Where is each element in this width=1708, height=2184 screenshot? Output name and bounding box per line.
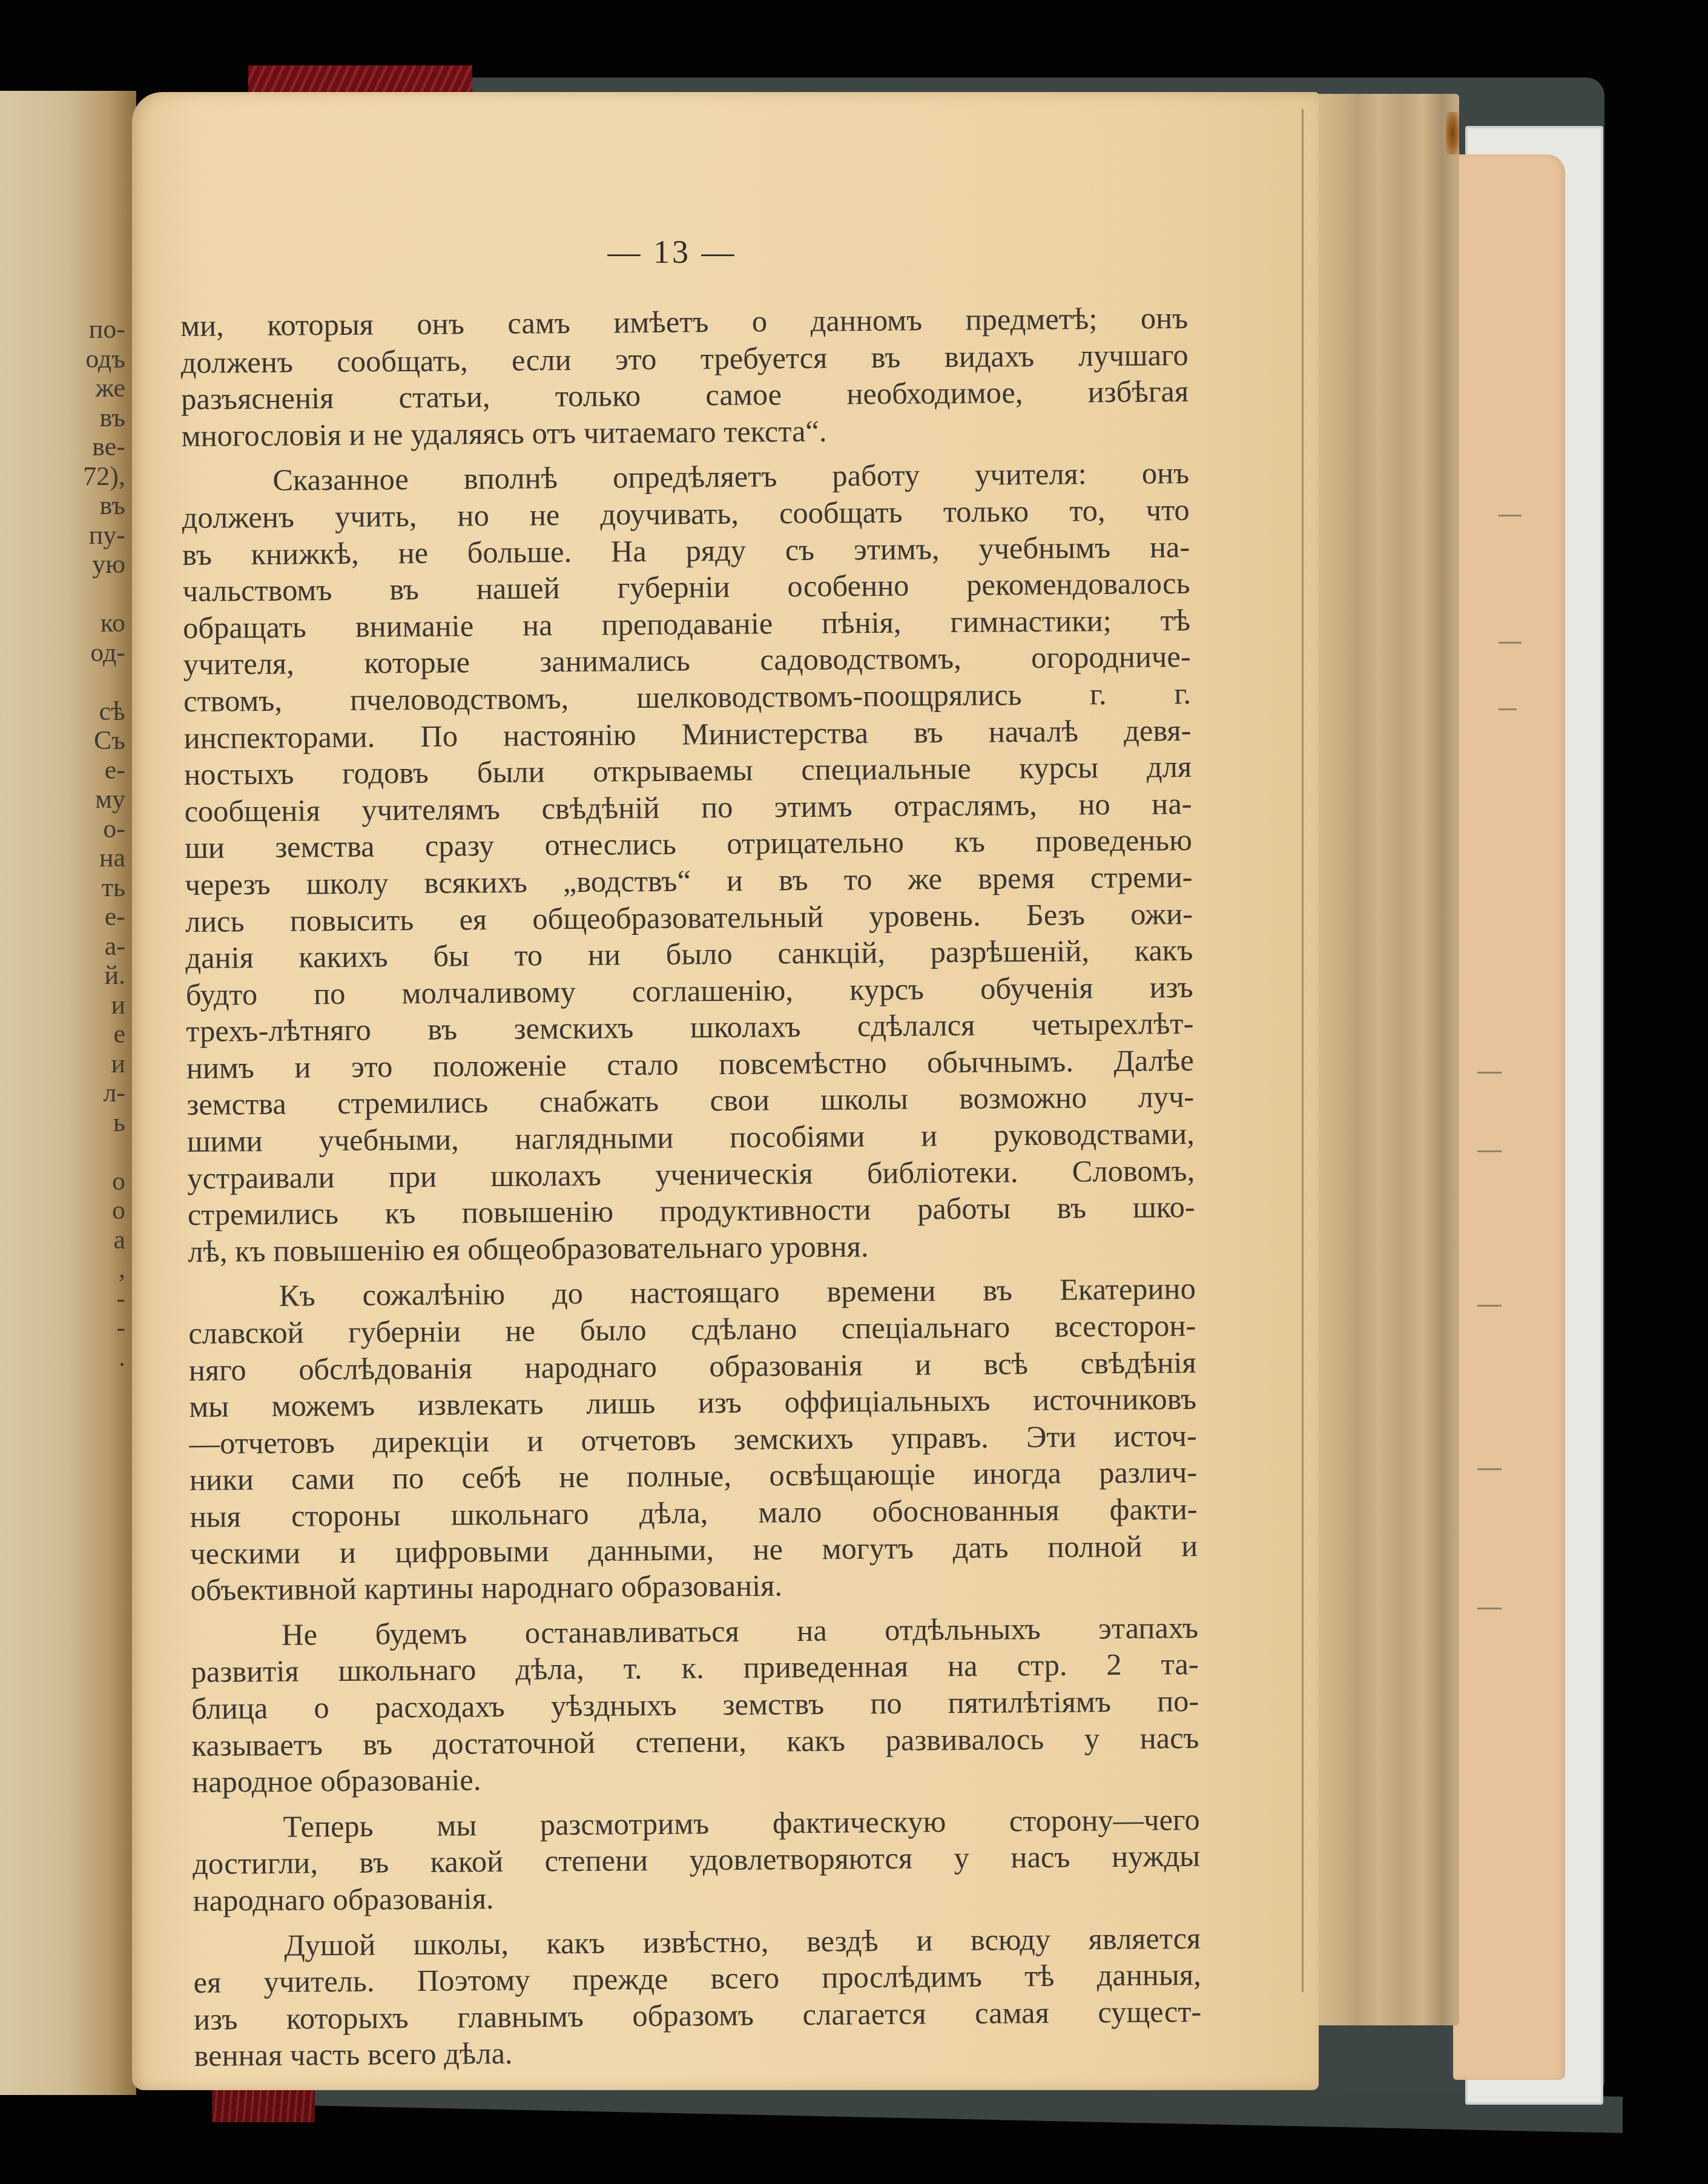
left-page-fragment: л- <box>0 1078 125 1108</box>
left-page-fragment: - <box>0 1284 125 1314</box>
page-number: — 13 — <box>596 233 748 271</box>
left-page-fragment: въ <box>0 491 125 521</box>
body-text: ми, которыя онъ самъ имѣетъ о данномъ пр… <box>180 300 1202 2074</box>
left-page-fragment: ую <box>0 550 125 579</box>
left-page-fragment: й. <box>0 961 125 991</box>
left-page-fragment: пу- <box>0 521 125 550</box>
left-page-fragment: о- <box>0 814 125 844</box>
paragraph: Не будемъ останавливаться на отдѣльныхъ … <box>191 1609 1199 1801</box>
left-page-fragment: Съ <box>0 726 125 756</box>
page-block-edge <box>1314 94 1459 2025</box>
left-page-fragment: же <box>0 374 125 403</box>
left-page-fragment <box>0 1137 125 1167</box>
left-page-fragment: одъ <box>0 345 125 374</box>
left-page-fragment: - <box>0 1313 125 1343</box>
left-page-fragment: по- <box>0 315 125 345</box>
left-page-fragment: и <box>0 991 125 1020</box>
left-page-fragment: на <box>0 843 125 873</box>
left-page-fragment: е- <box>0 902 125 932</box>
paragraph: Теперь мы разсмотримъ фактическую сторон… <box>192 1801 1200 1919</box>
inserted-leaf <box>1453 154 1565 2080</box>
left-page-fragment: е- <box>0 756 125 785</box>
left-page-fragment: сѣ <box>0 697 125 727</box>
paragraph: ми, которыя онъ самъ имѣетъ о данномъ пр… <box>180 300 1189 454</box>
left-page-fragment: о <box>0 1167 125 1196</box>
left-page-fragment <box>0 667 125 697</box>
left-page-fragment: ь <box>0 1108 125 1138</box>
left-page-fragment: о <box>0 1196 125 1226</box>
paragraph: Душой школы, какъ извѣстно, вездѣ и всюд… <box>193 1919 1202 2074</box>
paragraph: Къ сожалѣнію до настоящаго времени въ Ек… <box>188 1270 1198 1608</box>
left-page-fragment: 72), <box>0 462 125 492</box>
left-page-fragment: а- <box>0 932 125 962</box>
left-page-fragment: . <box>0 1343 125 1373</box>
left-page-fragment: ве- <box>0 432 125 462</box>
left-page-fragment: и <box>0 1049 125 1079</box>
left-page-fragment: ть <box>0 873 125 903</box>
left-page-fragment: , <box>0 1255 125 1284</box>
left-page-fragment: ко <box>0 609 125 638</box>
foxing-stain <box>1446 112 1459 154</box>
left-page-fragment: му <box>0 785 125 814</box>
page-edge <box>1302 109 1304 1992</box>
left-page-fragment: въ <box>0 403 125 433</box>
left-page-fragment: а <box>0 1226 125 1255</box>
paragraph: Сказанное вполнѣ опредѣляетъ работу учит… <box>182 455 1195 1270</box>
left-page-fragment: е <box>0 1020 125 1049</box>
left-page-fragment: од- <box>0 638 125 668</box>
left-page-fragment <box>0 579 125 609</box>
